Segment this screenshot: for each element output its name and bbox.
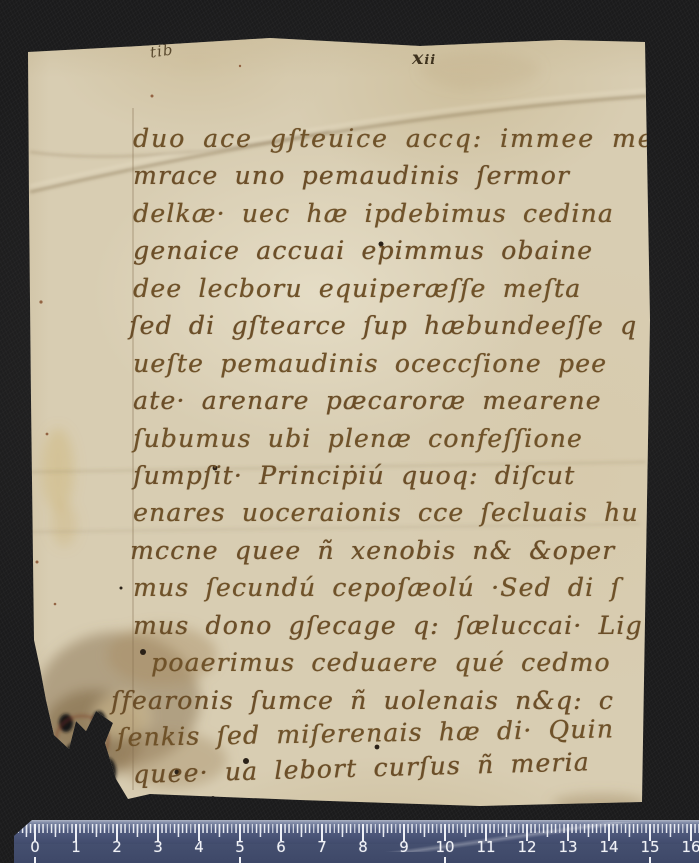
ruler-number: 10 (425, 838, 466, 856)
manuscript-line: mrace uno pemaudinis ſermor (133, 157, 693, 194)
manuscript-line: ueſte pemaudinis oceccſione pee (133, 345, 693, 382)
manuscript-line: dee lecboru equiperæſſe meſta (133, 270, 693, 307)
ruler-number: 13 (548, 838, 589, 856)
ruler-number: 8 (343, 838, 384, 856)
ruler-number: 12 (507, 838, 548, 856)
manuscript-line: ſed di gſtearce ſup hæbundeeſſe q (129, 307, 693, 344)
manuscript-line: genaice accuai epimmus obaine (133, 232, 693, 269)
folio-number: xii (412, 47, 436, 69)
ruler: 012345678910111213141516 (14, 820, 699, 863)
ruler-number: 1 (56, 838, 97, 856)
manuscript-line: mus dono gſecage q: ſæluccai· Lig (133, 607, 693, 644)
ruler-number: 6 (261, 838, 302, 856)
manuscript-leaf: tib xii duo ace gſteuice accq: immee mee… (0, 0, 699, 863)
ruler-number: 7 (302, 838, 343, 856)
manuscript-line: mus ſecundú cepoſæolú ·Sed di ſ (133, 569, 693, 606)
ruler-lower-tick (239, 857, 241, 863)
ruler-number: 3 (138, 838, 179, 856)
librarian-corner-mark: tib (149, 40, 175, 61)
manuscript-text-block: duo ace gſteuice accq: immee meemrace un… (133, 120, 693, 794)
manuscript-line: ate· arenare pæcaroræ mearene (133, 382, 693, 419)
ruler-number: 11 (466, 838, 507, 856)
manuscript-line: enares uoceraionis cce ſecluais hu (133, 494, 693, 531)
ruler-number: 2 (97, 838, 138, 856)
ruler-lower-tick (444, 857, 446, 863)
ruler-number: 4 (179, 838, 220, 856)
manuscript-line: duo ace gſteuice accq: immee mee (133, 120, 693, 157)
ruler-number: 15 (630, 838, 671, 856)
ruler-lower-tick (34, 857, 36, 863)
manuscript-line: delkæ· uec hæ ipdebimus cedina (133, 195, 693, 232)
manuscript-line: mccne quee ñ xenobis n& &oper (130, 532, 693, 569)
ruler-number: 0 (15, 838, 56, 856)
manuscript-line: ſumpſit· Princiṗiú quoq: diſcut (133, 457, 693, 494)
manuscript-line: ſubumus ubi plenæ confeſſione (133, 420, 693, 457)
ruler-lower-tick (649, 857, 651, 863)
photo-stage: tib xii duo ace gſteuice accq: immee mee… (0, 0, 699, 863)
ruler-numbers: 012345678910111213141516 (15, 838, 699, 856)
ruler-number: 5 (220, 838, 261, 856)
manuscript-line: poaerimus ceduaere qué cedmo (151, 644, 693, 681)
holes (56, 711, 116, 786)
ruler-number: 16 (671, 838, 699, 856)
ruler-number: 9 (384, 838, 425, 856)
ruler-number: 14 (589, 838, 630, 856)
